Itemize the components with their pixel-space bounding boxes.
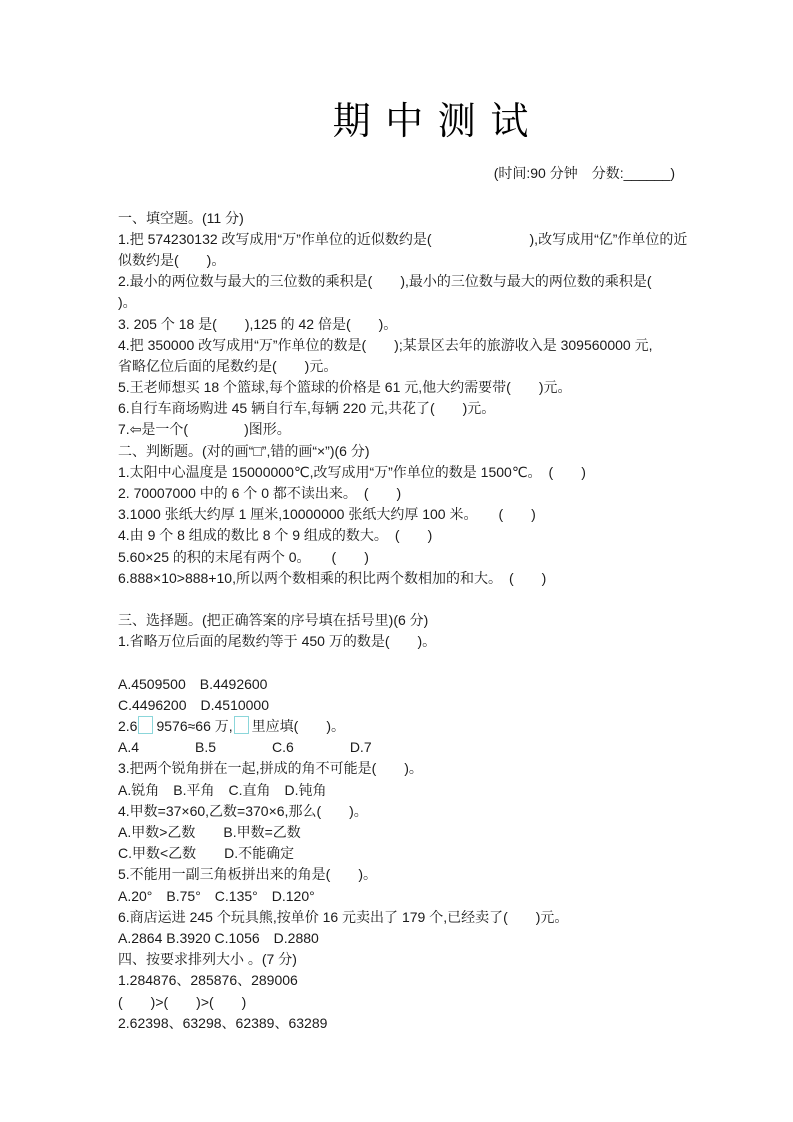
doc-line: 1.太阳中心温度是 15000000℃,改写成用“万”作单位的数是 1500℃。… xyxy=(118,462,793,483)
doc-line: 6.商店运进 245 个玩具熊,按单价 16 元卖出了 179 个,已经卖了( … xyxy=(118,907,793,928)
doc-line: A.4509500 B.4492600 xyxy=(118,674,793,695)
doc-line: 3.1000 张纸大约厚 1 厘米,10000000 张纸大约厚 100 米。 … xyxy=(118,504,793,525)
doc-line xyxy=(118,653,793,674)
doc-line: 3. 205 个 18 是( ),125 的 42 倍是( )。 xyxy=(118,314,793,335)
doc-text: 里应填( )。 xyxy=(252,718,345,734)
doc-line: 1.284876、285876、289006 xyxy=(118,970,793,991)
doc-line: 3.把两个锐角拼在一起,拼成的角不可能是( )。 xyxy=(118,758,793,779)
doc-line: 2.62398、63298、62389、63289 xyxy=(118,1013,793,1034)
exam-meta: (时间:90 分钟 分数:______) xyxy=(0,164,675,183)
doc-line: C.甲数<乙数 D.不能确定 xyxy=(118,843,793,864)
doc-line: 四、按要求排列大小 。(7 分) xyxy=(118,949,793,970)
doc-line: 5.王老师想买 18 个篮球,每个篮球的价格是 61 元,他大约需要带( )元。 xyxy=(118,377,793,398)
doc-line: 2.69576≈66 万,里应填( )。 xyxy=(118,716,793,737)
doc-text: 2.6 xyxy=(118,718,137,734)
document-body: 一、填空题。(11 分)1.把 574230132 改写成用“万”作单位的近似数… xyxy=(118,208,793,1034)
page-title: 期 中 测 试 xyxy=(35,0,793,146)
doc-line: 一、填空题。(11 分) xyxy=(118,208,793,229)
doc-line: 似数约是( )。 xyxy=(118,250,793,271)
doc-line: 2.最小的两位数与最大的三位数的乘积是( ),最小的三位数与最大的两位数的乘积是… xyxy=(118,271,793,292)
doc-line: 6.888×10>888+10,所以两个数相乘的积比两个数相加的和大。 ( ) xyxy=(118,568,793,589)
doc-line: A.甲数>乙数 B.甲数=乙数 xyxy=(118,822,793,843)
doc-line: A.2864 B.3920 C.1056 D.2880 xyxy=(118,928,793,949)
doc-line: A.锐角 B.平角 C.直角 D.钝角 xyxy=(118,780,793,801)
doc-line: A.4 B.5 C.6 D.7 xyxy=(118,737,793,758)
doc-line: 4.甲数=37×60,乙数=370×6,那么( )。 xyxy=(118,801,793,822)
doc-line: )。 xyxy=(118,292,793,313)
doc-line: 4.把 350000 改写成用“万”作单位的数是( );某景区去年的旅游收入是 … xyxy=(118,335,793,356)
doc-line: 三、选择题。(把正确答案的序号填在括号里)(6 分) xyxy=(118,610,793,631)
doc-line: 二、判断题。(对的画“□”,错的画“×”)(6 分) xyxy=(118,441,793,462)
doc-line: 4.由 9 个 8 组成的数比 8 个 9 组成的数大。 ( ) xyxy=(118,525,793,546)
doc-line: A.20° B.75° C.135° D.120° xyxy=(118,886,793,907)
doc-line: 7.⇦是一个( )图形。 xyxy=(118,419,793,440)
exam-paper-page: 期 中 测 试 (时间:90 分钟 分数:______) 一、填空题。(11 分… xyxy=(0,0,793,1122)
doc-line: 1.把 574230132 改写成用“万”作单位的近似数约是( ),改写成用“亿… xyxy=(118,229,793,250)
doc-line: 2. 70007000 中的 6 个 0 都不读出来。 ( ) xyxy=(118,483,793,504)
doc-line: C.4496200 D.4510000 xyxy=(118,695,793,716)
doc-line: 5.60×25 的积的末尾有两个 0。 ( ) xyxy=(118,547,793,568)
doc-line: 省略亿位后面的尾数约是( )元。 xyxy=(118,356,793,377)
fill-blank-box[interactable] xyxy=(138,716,153,734)
doc-line: 5.不能用一副三角板拼出来的角是( )。 xyxy=(118,864,793,885)
doc-line xyxy=(118,589,793,610)
doc-line: 1.省略万位后面的尾数约等于 450 万的数是( )。 xyxy=(118,631,793,652)
doc-line: ( )>( )>( ) xyxy=(118,992,793,1013)
doc-text: 9576≈66 万, xyxy=(156,718,232,734)
fill-blank-box[interactable] xyxy=(234,716,249,734)
doc-line: 6.自行车商场购进 45 辆自行车,每辆 220 元,共花了( )元。 xyxy=(118,398,793,419)
